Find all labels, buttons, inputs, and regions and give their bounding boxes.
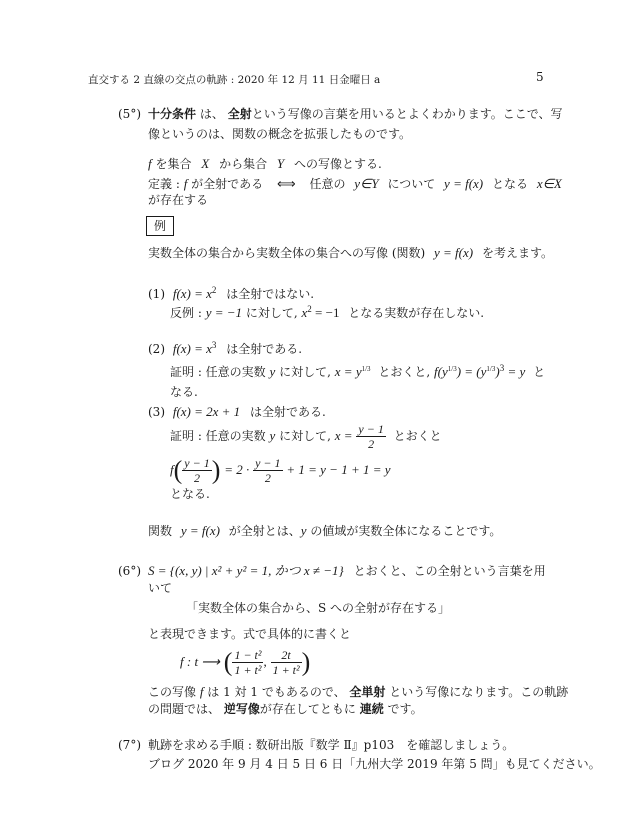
math-y: y	[270, 364, 276, 379]
text: を集合	[155, 157, 191, 171]
text: とおくと,	[378, 365, 430, 379]
term-surjection: 全射	[228, 107, 252, 121]
numerator: y − 1	[356, 422, 385, 437]
text: への写像とする.	[294, 157, 382, 171]
term-sufficient-condition: 十分条件	[148, 107, 196, 121]
math-exponent: 1/3	[448, 365, 457, 373]
denominator: 2	[182, 471, 211, 485]
example-item-3-proof: 証明 : 任意の実数 y に対して, x = y − 12 とおくと	[170, 422, 442, 451]
section-5-conclusion: 関数 y = f(x) が全射とは、y の値域が実数全体になることです。	[148, 523, 501, 539]
text: は全射である.	[250, 405, 326, 419]
text: 実数全体の集合から実数全体の集合への写像 (関数)	[148, 246, 425, 260]
section-7-label: (7°)	[118, 737, 141, 753]
text: が全射である	[191, 177, 263, 191]
text: に対して,	[279, 365, 331, 379]
example-box: 例	[146, 216, 174, 236]
fraction: y − 12	[356, 422, 385, 451]
math-expr: = 2 ·	[224, 462, 249, 477]
math-f: f	[200, 684, 204, 699]
section-6-label: (6°)	[118, 563, 141, 579]
text: となる	[492, 177, 528, 191]
math-expr: = −1	[312, 305, 340, 320]
math-expr: f(x) = x	[173, 286, 212, 301]
math-y: y	[301, 523, 307, 538]
math-y-eq-fx: y = f(x)	[434, 245, 473, 260]
text: について	[387, 177, 435, 191]
fraction: y − 12	[253, 456, 282, 485]
text: が全射とは、	[229, 524, 301, 538]
text: は全射である.	[226, 342, 302, 356]
math-exponent: 2	[212, 285, 217, 295]
fraction: y − 12	[182, 456, 211, 485]
text: 定義 :	[148, 177, 180, 191]
example-item-1-statement: (1) f(x) = x2 は全射ではない.	[148, 286, 314, 302]
math-y: y	[270, 428, 276, 443]
math-exponent: 1/3	[362, 365, 371, 373]
numerator: y − 1	[182, 456, 211, 471]
text: とおくと	[394, 429, 442, 443]
section-6-line1: S = {(x, y) | x² + y² = 1, かつ x ≠ −1} とお…	[148, 563, 546, 579]
text: という写像になります。この軌跡	[389, 685, 568, 699]
example-item-2-proof-line2: なる.	[170, 384, 198, 400]
section-7-line1: 軌跡を求める手順 : 数研出版『数学 Ⅱ』p103 を確認しましょう。	[148, 737, 514, 753]
denominator: 1 + t²	[232, 663, 263, 677]
page-number: 5	[536, 70, 544, 84]
running-header: 直交する 2 直線の交点の軌跡 : 2020 年 12 月 11 日金曜日 a	[88, 72, 380, 87]
section-6-line2: いて	[148, 580, 172, 596]
term-continuous: 連続	[360, 702, 384, 716]
math-y-in-Y: y∈Y	[354, 176, 378, 191]
section-6-paragraph-line1: この写像 f は 1 対 1 でもあるので、 全単射 という写像になります。この…	[148, 684, 568, 700]
fraction: 1 − t²1 + t²	[232, 648, 263, 677]
iff-symbol: ⟺	[277, 176, 296, 191]
item-number: (3)	[148, 405, 165, 419]
text: となる実数が存在しない.	[348, 306, 484, 320]
text: は 1 対 1 でもあるので、	[207, 685, 345, 699]
math-expr: + 1 = y − 1 + 1 = y	[286, 462, 390, 477]
section-6-paragraph-line2: の問題では、 逆写像が存在してともに 連続 です。	[148, 701, 423, 717]
text: に対して,	[246, 306, 298, 320]
text: です。	[388, 702, 423, 716]
math-expr: f(x) = x	[173, 341, 212, 356]
math-expr: ) = (y	[457, 364, 487, 379]
text: 関数	[148, 524, 172, 538]
denominator: 2	[253, 471, 282, 485]
mapping-intro: f を集合 X から集合 Y への写像とする.	[148, 156, 382, 172]
math-x-in-X: x∈X	[537, 176, 562, 191]
text: とおくと、この全射という言葉を用	[354, 564, 546, 578]
parametrization-formula: f : t ⟶ (1 − t²1 + t², 2t1 + t²)	[180, 648, 310, 677]
math-exponent: 3	[212, 340, 217, 350]
example-item-3-calculation: f(y − 12) = 2 · y − 12 + 1 = y − 1 + 1 =…	[170, 456, 391, 485]
text: この写像	[148, 685, 196, 699]
example-item-3-statement: (3) f(x) = 2x + 1 は全射である.	[148, 404, 326, 420]
text: 反例 :	[170, 306, 202, 320]
math-expr: x = y	[335, 364, 362, 379]
numerator: 2t	[271, 648, 302, 663]
example-item-2-statement: (2) f(x) = x3 は全射である.	[148, 341, 302, 357]
numerator: y − 1	[253, 456, 282, 471]
section-5-line1: 十分条件 は、 全射という写像の言葉を用いるとよくわかります。ここで、写	[148, 106, 563, 122]
text: 任意の	[309, 177, 345, 191]
math-X: X	[201, 156, 209, 171]
math-f: f	[184, 176, 188, 191]
math-expr: x =	[335, 428, 353, 443]
set-S-definition: S = {(x, y) | x² + y² = 1, かつ x ≠ −1}	[148, 563, 344, 578]
text: という写像の言葉を用いるとよくわかります。ここで、写	[252, 107, 563, 121]
math-f: f	[148, 156, 152, 171]
math-Y: Y	[277, 156, 284, 171]
term-inverse-map: 逆写像	[224, 702, 260, 716]
numerator: 1 − t²	[232, 648, 263, 663]
math-expr: = y	[504, 364, 525, 379]
example-item-1-proof: 反例 : y = −1 に対して, x2 = −1 となる実数が存在しない.	[170, 305, 484, 321]
text: は、	[200, 107, 224, 121]
example-item-2-proof: 証明 : 任意の実数 y に対して, x = y1/3 とおくと, f(y1/3…	[170, 364, 545, 380]
text: は全射ではない.	[226, 287, 314, 301]
text: の問題では、	[148, 702, 220, 716]
math-y-eq-fx: y = f(x)	[444, 176, 483, 191]
text: 証明 : 任意の実数	[170, 365, 266, 379]
text: と	[533, 365, 545, 379]
text: に対して,	[279, 429, 331, 443]
item-number: (2)	[148, 342, 165, 356]
section-7-line2: ブログ 2020 年 9 月 4 日 5 日 6 日「九州大学 2019 年第 …	[148, 756, 601, 772]
text: から集合	[219, 157, 267, 171]
section-5-line2: 像というのは、関数の概念を拡張したものです。	[148, 126, 411, 142]
text: が存在してともに	[260, 702, 356, 716]
example-item-3-proof-end: となる.	[170, 486, 210, 502]
math-expr: f(y	[434, 364, 448, 379]
term-bijection: 全単射	[349, 685, 385, 699]
section-6-line4: と表現できます。式で具体的に書くと	[148, 626, 351, 642]
fraction: 2t1 + t²	[271, 648, 302, 677]
math-expr: f(x) = 2x + 1	[173, 404, 240, 419]
item-number: (1)	[148, 287, 165, 301]
math-expr: y = −1	[206, 305, 242, 320]
surjection-definition: 定義 : f が全射である ⟺ 任意の y∈Y について y = f(x) とな…	[148, 176, 562, 192]
denominator: 1 + t²	[271, 663, 302, 677]
text: を考えます。	[482, 246, 553, 260]
text: の値域が実数全体になることです。	[310, 524, 501, 538]
math-y-eq-fx: y = f(x)	[181, 523, 220, 538]
section-6-quote: 「実数全体の集合から、S への全射が存在する」	[186, 600, 450, 616]
section-5-label: (5°)	[118, 106, 141, 122]
text: 証明 : 任意の実数	[170, 429, 266, 443]
math-map: f : t ⟶	[180, 654, 220, 669]
denominator: 2	[356, 437, 385, 451]
definition-line2: が存在する	[148, 192, 208, 208]
example-intro: 実数全体の集合から実数全体の集合への写像 (関数) y = f(x) を考えます…	[148, 245, 553, 261]
